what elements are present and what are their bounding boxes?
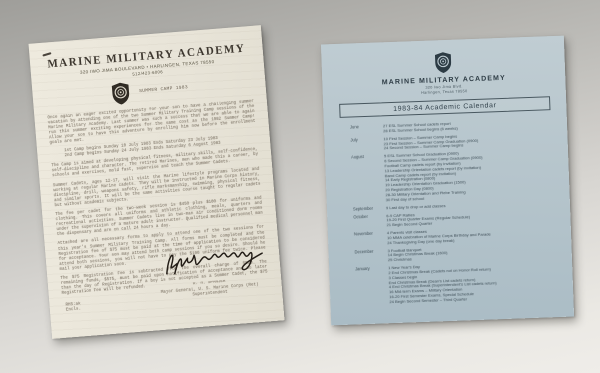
letter-footer-line: Encls.	[66, 308, 81, 315]
academic-calendar-sheet: MARINE MILITARY ACADEMY 320 Iwo Jima Blv…	[321, 36, 574, 326]
calendar-month-name: September	[353, 206, 386, 212]
summer-camp-letter: MARINE MILITARY ACADEMY 320 IWO JIMA BOU…	[29, 25, 285, 339]
calendar-month-list: June27 ESL Summer School cadets report28…	[350, 118, 563, 306]
mma-crest-icon	[109, 80, 131, 106]
calendar-month-name: October	[353, 214, 387, 230]
calendar-month-name: November	[354, 231, 388, 247]
staple-mark	[42, 52, 51, 56]
calendar-month-entries: 5 ESL Summer School Graduation (0900)6 S…	[384, 148, 560, 202]
letter-footer: RHS:akEncls.	[65, 302, 81, 314]
calendar-month-name: January	[355, 266, 389, 306]
mma-crest-icon	[433, 51, 453, 75]
calendar-month-entries: 1 New Year's Day2 End Christmas Break (C…	[388, 260, 563, 305]
photo-scene: MARINE MILITARY ACADEMY 320 IWO JIMA BOU…	[0, 0, 600, 373]
calendar-title: 1983-84 Academic Calendar	[340, 100, 549, 115]
signature-block: R. H. SPANJER Major General, U. S. Marin…	[141, 237, 275, 301]
calendar-month-row: January1 New Year's Day2 End Christmas B…	[355, 260, 563, 306]
calendar-month-name: June	[350, 124, 383, 135]
calendar-month-name: August	[351, 155, 386, 204]
calendar-title-box: 1983-84 Academic Calendar	[339, 96, 550, 118]
calendar-month-name: July	[350, 137, 384, 153]
calendar-month-name: December	[354, 249, 388, 265]
letter-subject: SUMMER CAMP 1983	[139, 85, 188, 94]
calendar-month-row: August5 ESL Summer School Graduation (09…	[351, 148, 560, 204]
